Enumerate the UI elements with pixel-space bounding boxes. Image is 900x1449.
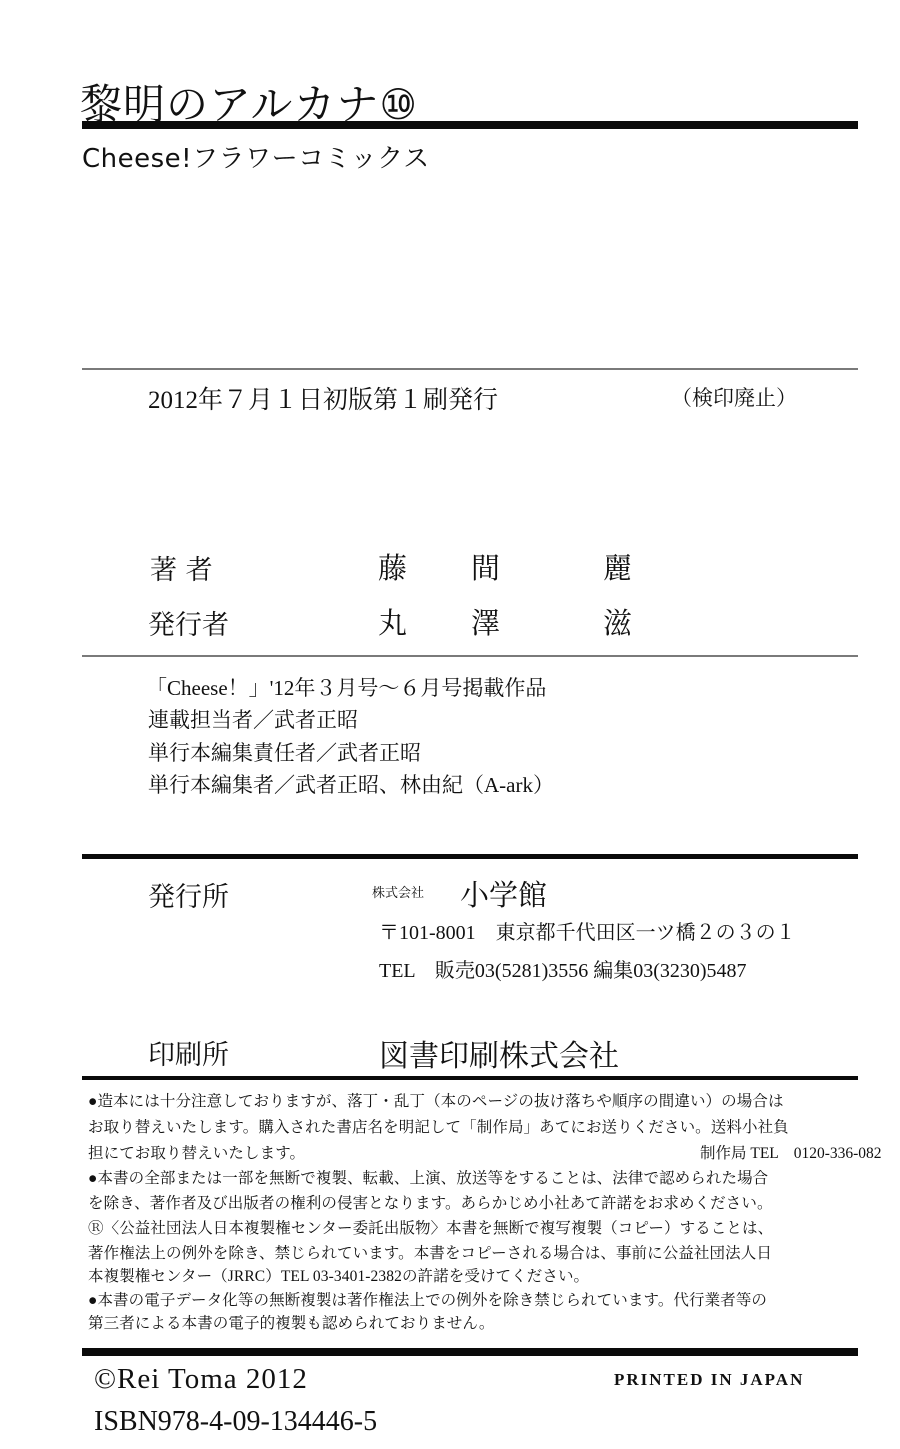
serialization-line: 単行本編集者／武者正昭、林由紀（A-ark） <box>148 769 554 799</box>
notice-line: 著作権法上の例外を除き、禁じられています。本書をコピーされる場合は、事前に公益社… <box>88 1241 772 1263</box>
author-name-char: 間 <box>471 546 500 587</box>
issuer-label: 発行者 <box>148 603 229 642</box>
issuer-name-char: 丸 <box>378 601 407 642</box>
notice-line: ●造本には十分注意しておりますが、落丁・乱丁（本のページの抜け落ちや順序の間違い… <box>88 1089 784 1111</box>
publisher-address: 〒101-8001 東京都千代田区一ツ橋２の３の１ <box>379 916 796 945</box>
serialization-line: 「Cheese！」'12年３月号～６月号掲載作品 <box>146 672 546 702</box>
edition-top-rule <box>82 368 858 370</box>
publisher-label: 発行所 <box>148 875 229 914</box>
seal-abolished-note: （検印廃止） <box>671 382 797 412</box>
author-label: 著 者 <box>150 548 213 587</box>
notice-line: を除き、著作者及び出版者の権利の侵害となります。あらかじめ小社あて許諾をお求めく… <box>88 1191 773 1213</box>
serialization-line: 単行本編集責任者／武者正昭 <box>148 737 421 767</box>
notice-line: 本複製権センター（JRRC）TEL 03-3401-2382の許諾を受けてくださ… <box>88 1264 589 1286</box>
notice-line: ●本書の全部または一部を無断で複製、転載、上演、放送等をすることは、法律で認めら… <box>88 1166 768 1188</box>
notice-line: ●本書の電子データ化等の無断複製は著作権法上での例外を除き禁じられています。代行… <box>88 1288 767 1310</box>
publisher-top-rule <box>82 854 858 859</box>
printer-label: 印刷所 <box>148 1033 229 1072</box>
series-label: Cheese!フラワーコミックス <box>82 138 430 175</box>
production-dept-phone: 制作局 TEL 0120-336-082 <box>700 1141 882 1163</box>
author-name-char: 藤 <box>378 546 407 587</box>
author-name-char: 麗 <box>603 546 632 587</box>
serialization-line: 連載担当者／武者正昭 <box>148 704 358 734</box>
title-rule <box>82 121 858 129</box>
publisher-phone: TEL 販売03(5281)3556 編集03(3230)5487 <box>379 954 747 983</box>
copyright-notice: ©Rei Toma 2012 <box>94 1363 308 1396</box>
isbn: ISBN978-4-09-134446-5 <box>94 1406 377 1438</box>
publisher-name: 小学館 <box>460 873 547 914</box>
notice-line: Ⓡ〈公益社団法人日本複製権センター委託出版物〉本書を無断で複写複製（コピー）する… <box>88 1216 773 1238</box>
printer-name: 図書印刷株式会社 <box>379 1031 619 1075</box>
notice-line: 第三者による本書の電子的複製も認められておりません。 <box>88 1311 495 1333</box>
printed-in-label: PRINTED IN JAPAN <box>614 1370 804 1390</box>
issuer-name-char: 滋 <box>603 601 632 642</box>
notice-line: お取り替えいたします。購入された書店名を明記して「制作局」あてにお送りください。… <box>88 1115 789 1137</box>
company-prefix: 株式会社 <box>372 882 424 901</box>
footer-top-rule <box>82 1348 858 1356</box>
notices-top-rule <box>82 1076 858 1080</box>
credits-bottom-rule <box>82 655 858 657</box>
notice-line: 担にてお取り替えいたします。 <box>88 1141 305 1163</box>
issuer-name-char: 澤 <box>471 601 500 642</box>
publication-date: 2012年７月１日初版第１刷発行 <box>148 380 498 416</box>
